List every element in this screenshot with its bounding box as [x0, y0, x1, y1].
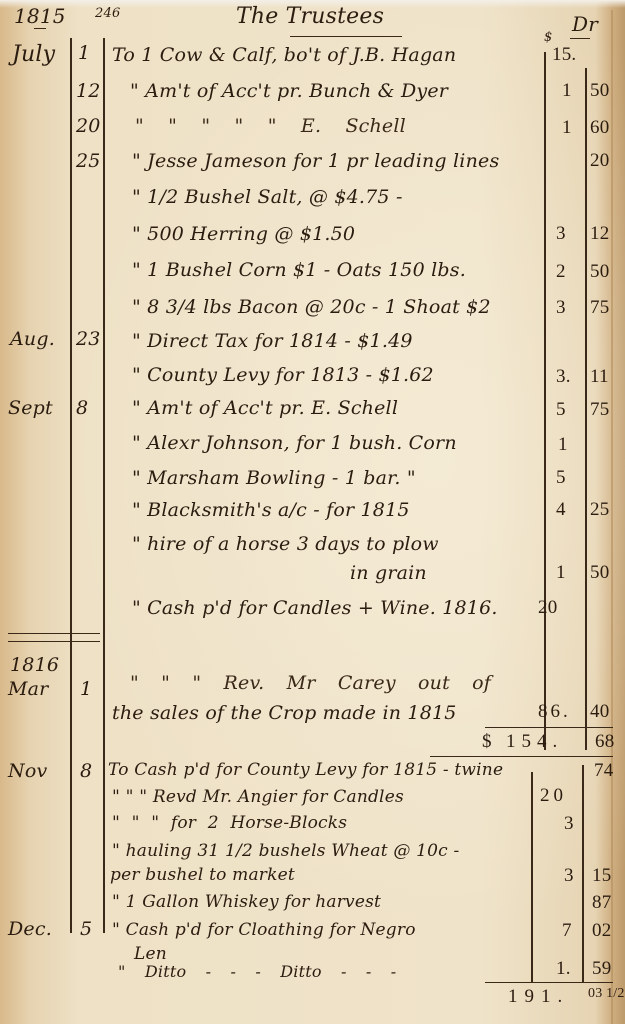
entry-month: Aug.: [10, 328, 55, 350]
entry-cents: 12: [590, 223, 609, 245]
subtotal-cents: 68: [595, 731, 614, 753]
entry-day: 1: [78, 42, 90, 64]
entry-description: the sales of the Crop made in 1815: [112, 702, 457, 724]
entry-description: " County Levy for 1813 - $1.62: [132, 364, 434, 386]
page-number: 246: [95, 6, 120, 21]
entry-dollars: 20: [538, 597, 557, 619]
entry-day: 25: [76, 150, 101, 172]
entry-month: Sept: [8, 397, 53, 419]
entry-month: Mar: [8, 678, 48, 700]
year-separator-rule-2: [8, 641, 100, 642]
dollars-cents-divider-top: [585, 68, 587, 750]
entry-dollars: 1: [562, 117, 572, 139]
year-1816: 1816: [10, 654, 59, 676]
entry-dollars: 1.: [556, 958, 571, 980]
ledger-title: The Trustees: [236, 4, 384, 29]
grand-total-cents: 03 1/2: [588, 986, 625, 1002]
year-separator-rule-1: [8, 633, 100, 634]
entry-day: 12: [76, 80, 101, 102]
entry-dollars: 5: [556, 399, 566, 421]
entry-dollars: 1: [556, 562, 566, 584]
entry-day: 8: [80, 760, 92, 782]
entry-day: 20: [76, 115, 101, 137]
entry-dollars: 3: [556, 297, 566, 319]
entry-cents: 40: [590, 701, 609, 723]
entry-cents: 02: [592, 920, 611, 942]
entry-month: July: [12, 42, 55, 67]
entry-day: 8: [76, 397, 88, 419]
month-day-divider: [70, 38, 72, 933]
entry-description: " 1 Gallon Whiskey for harvest: [112, 892, 381, 912]
entry-description: " " " " " E. Schell: [135, 115, 406, 137]
description-dollars-divider-bottom: [531, 772, 533, 982]
entry-cents: 74: [594, 760, 613, 782]
subtotal-rule-bottom: [430, 756, 613, 757]
entry-dollars: 3: [556, 223, 566, 245]
entry-description: To 1 Cow & Calf, bo't of J.B. Hagan: [112, 44, 456, 66]
entry-day: 23: [76, 328, 101, 350]
entry-description: " Jesse Jameson for 1 pr leading lines: [132, 150, 499, 172]
grand-total-dollars: 191.: [508, 986, 569, 1008]
entry-description: " Am't of Acc't pr. Bunch & Dyer: [130, 80, 448, 102]
entry-day: 1: [80, 678, 92, 700]
entry-dollars: 7: [562, 920, 572, 942]
dollars-cents-divider-bottom: [582, 765, 584, 983]
entry-cents: 59: [592, 958, 611, 980]
entry-dollars: 1: [558, 434, 568, 456]
entry-description: in grain: [350, 562, 427, 584]
entry-cents: 60: [590, 117, 609, 139]
entry-dollars: 15.: [552, 44, 576, 66]
entry-cents: 75: [590, 399, 609, 421]
ledger-year: 1815: [14, 4, 66, 28]
entry-description: To Cash p'd for County Levy for 1815 - t…: [108, 760, 503, 780]
entry-cents: 75: [590, 297, 609, 319]
entry-dollars: 4: [556, 499, 566, 521]
entry-description: " hauling 31 1/2 bushels Wheat @ 10c -: [112, 841, 459, 861]
entry-cents: 20: [590, 150, 609, 172]
entry-description: " " " Rev. Mr Carey out of: [130, 672, 491, 694]
entry-description: " 8 3/4 lbs Bacon @ 20c - 1 Shoat $2: [132, 296, 491, 318]
entry-description: " 1 Bushel Corn $1 - Oats 150 lbs.: [132, 259, 466, 281]
total-rule: [485, 982, 613, 983]
entry-description: Len: [134, 944, 167, 964]
entry-description: " 500 Herring @ $1.50: [132, 223, 355, 245]
entry-description: " hire of a horse 3 days to plow: [132, 533, 439, 555]
entry-dollars: 3.: [556, 366, 571, 388]
entry-cents: 50: [590, 261, 609, 283]
entry-description: " Am't of Acc't pr. E. Schell: [132, 397, 398, 419]
subtotal-dollars: 154.: [506, 731, 563, 753]
day-description-divider: [103, 38, 105, 933]
entry-dollars: 20: [540, 785, 567, 807]
currency-symbol: $: [544, 30, 552, 45]
entry-dollars: 3: [564, 865, 574, 887]
entry-cents: 50: [590, 562, 609, 584]
entry-dollars: 1: [562, 80, 572, 102]
entry-description: " Cash p'd for Candles + Wine. 1816.: [132, 597, 498, 619]
entry-dollars: 5: [556, 467, 566, 489]
title-underline: [290, 36, 402, 37]
year-underline: [34, 28, 46, 29]
entry-month: Dec.: [8, 918, 52, 940]
entry-description: " Alexr Johnson, for 1 bush. Corn: [132, 432, 457, 454]
subtotal-symbol: $: [482, 731, 492, 753]
debit-underline: [570, 38, 590, 39]
entry-cents: 11: [590, 366, 609, 388]
entry-description: " Cash p'd for Cloathing for Negro: [112, 920, 416, 940]
entry-description: per bushel to market: [110, 865, 295, 885]
entry-description: " Marsham Bowling - 1 bar. ": [132, 467, 416, 489]
entry-cents: 15: [592, 865, 611, 887]
entry-description: " " " for 2 Horse-Blocks: [112, 813, 347, 833]
entry-description: " " " Revd Mr. Angier for Candles: [112, 787, 404, 807]
ledger-page: 1815 246 The Trustees $ Dr July 1 To 1 C…: [0, 0, 625, 1024]
entry-description: " Ditto - - - Ditto - - -: [118, 962, 396, 981]
description-dollars-divider-top: [544, 52, 546, 750]
debit-label: Dr: [572, 12, 598, 36]
entry-dollars: 3: [564, 813, 574, 835]
entry-description: " Direct Tax for 1814 - $1.49: [132, 330, 413, 352]
entry-dollars: 2: [556, 261, 566, 283]
entry-dollars: 86.: [538, 701, 571, 723]
entry-cents: 87: [592, 892, 611, 914]
entry-cents: 25: [590, 499, 609, 521]
entry-description: " Blacksmith's a/c - for 1815: [132, 499, 410, 521]
entry-cents: 50: [590, 80, 609, 102]
entry-description: " 1/2 Bushel Salt, @ $4.75 -: [132, 186, 403, 208]
entry-month: Nov: [8, 760, 47, 782]
subtotal-rule-top: [485, 727, 613, 728]
entry-day: 5: [80, 918, 92, 940]
